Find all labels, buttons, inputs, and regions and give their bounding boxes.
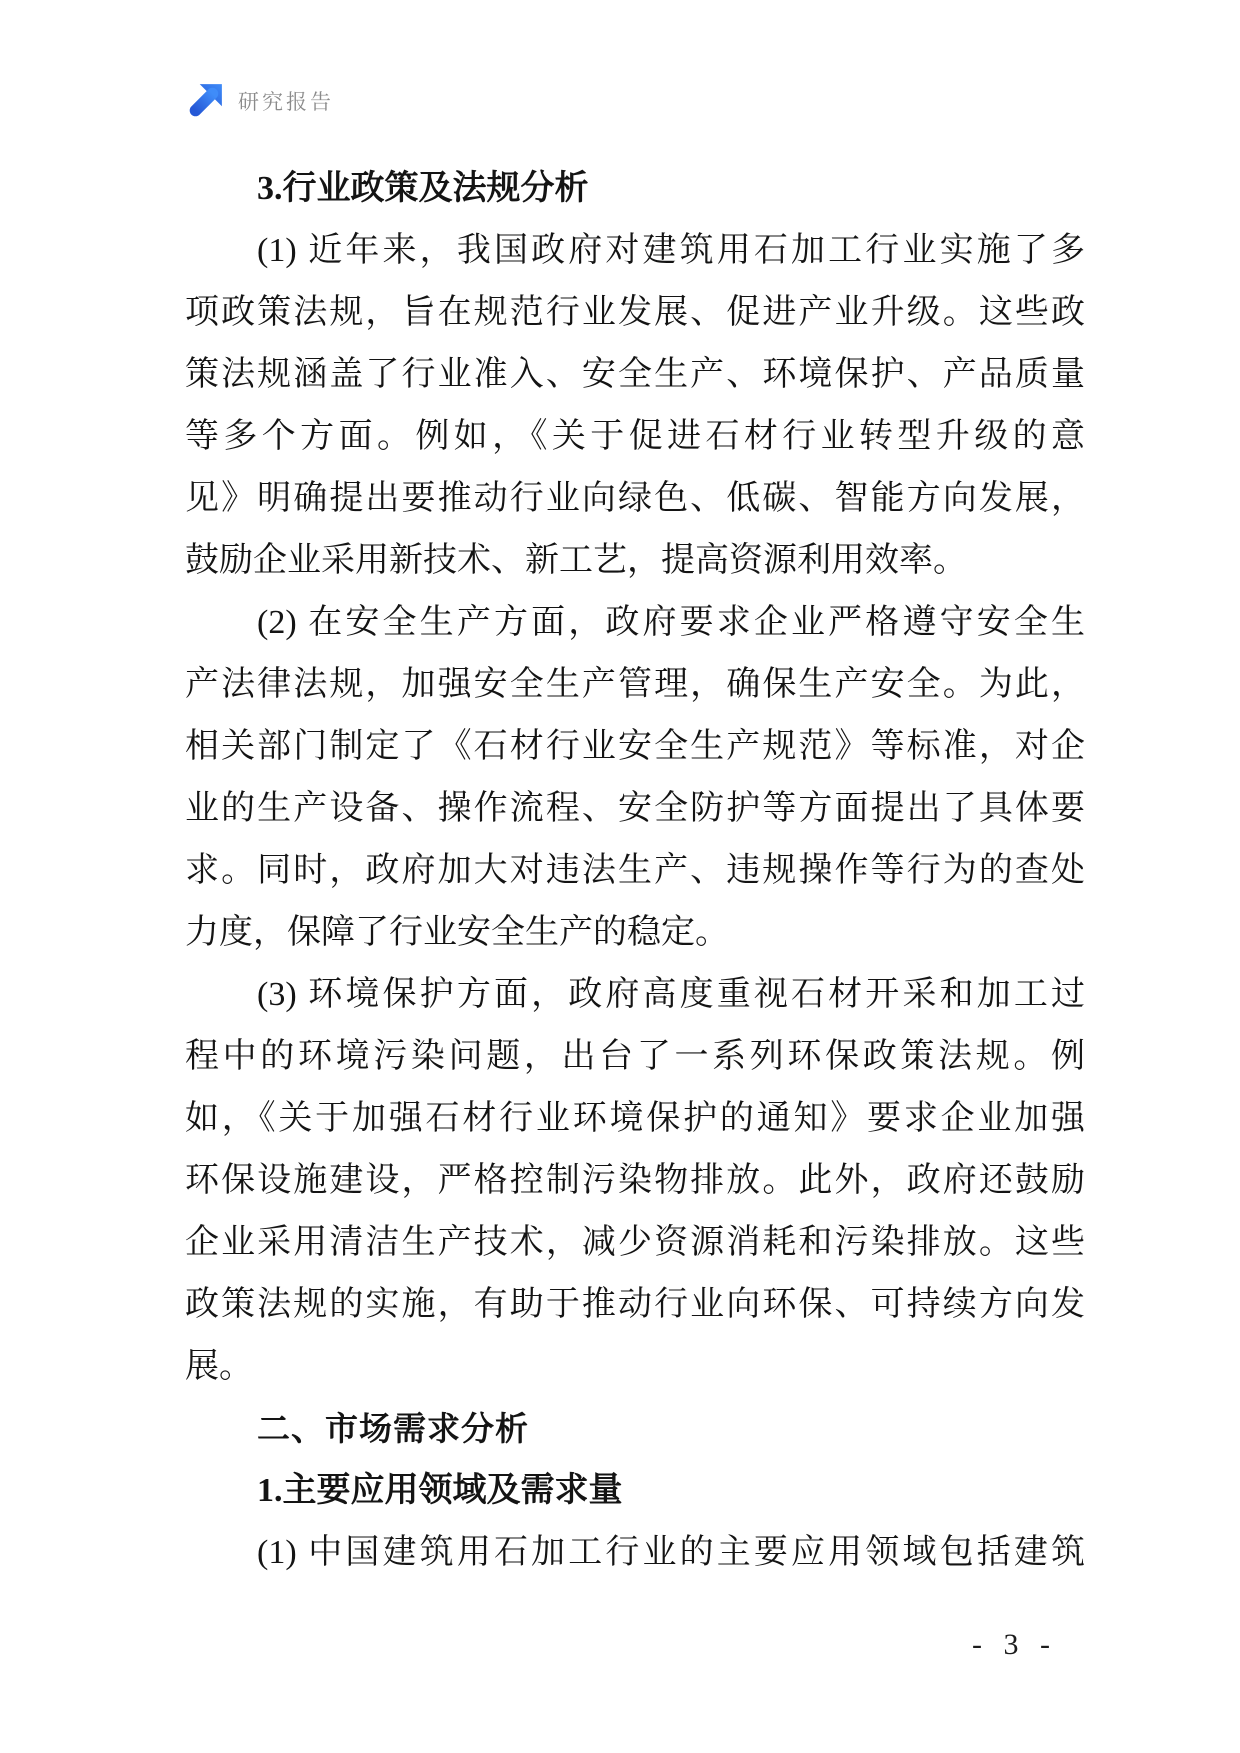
section-heading: 3.行业政策及法规分析 [185,158,1085,220]
text-line: 等多个方面。例如，《关于促进石材行业转型升级的意 [185,406,1085,468]
text-line: 程中的环境污染问题，出台了一系列环保政策法规。例 [185,1026,1085,1088]
text-line: 环保设施建设，严格控制污染物排放。此外，政府还鼓励 [185,1150,1085,1212]
text-line: 相关部门制定了《石材行业安全生产规范》等标准，对企 [185,716,1085,778]
text-line: (1) 近年来，我国政府对建筑用石加工行业实施了多 [185,220,1085,282]
page-number: - 3 - [972,1628,1054,1662]
text-line: 产法律法规，加强安全生产管理，确保生产安全。为此， [185,654,1085,716]
text-line: 展。 [185,1336,1085,1398]
text-line: (3) 环境保护方面，政府高度重视石材开采和加工过 [185,964,1085,1026]
text-line: 鼓励企业采用新技术、新工艺，提高资源利用效率。 [185,530,1085,592]
document-body: 3.行业政策及法规分析(1) 近年来，我国政府对建筑用石加工行业实施了多项政策法… [185,158,1085,1584]
brand-text: 研究报告 [238,86,334,116]
report-brand: 研究报告 [185,82,334,120]
text-line: 项政策法规，旨在规范行业发展、促进产业升级。这些政 [185,282,1085,344]
text-line: (2) 在安全生产方面，政府要求企业严格遵守安全生 [185,592,1085,654]
section-heading: 二、市场需求分析 [185,1398,1085,1460]
text-line: (1) 中国建筑用石加工行业的主要应用领域包括建筑 [185,1522,1085,1584]
text-line: 力度，保障了行业安全生产的稳定。 [185,902,1085,964]
text-line: 求。同时，政府加大对违法生产、违规操作等行为的查处 [185,840,1085,902]
report-page: 研究报告 3.行业政策及法规分析(1) 近年来，我国政府对建筑用石加工行业实施了… [0,0,1240,1753]
arrow-up-right-icon [185,82,225,120]
text-line: 政策法规的实施，有助于推动行业向环保、可持续方向发 [185,1274,1085,1336]
section-heading: 1.主要应用领域及需求量 [185,1460,1085,1522]
text-line: 企业采用清洁生产技术，减少资源消耗和污染排放。这些 [185,1212,1085,1274]
text-line: 业的生产设备、操作流程、安全防护等方面提出了具体要 [185,778,1085,840]
text-line: 见》明确提出要推动行业向绿色、低碳、智能方向发展， [185,468,1085,530]
text-line: 如，《关于加强石材行业环境保护的通知》要求企业加强 [185,1088,1085,1150]
text-line: 策法规涵盖了行业准入、安全生产、环境保护、产品质量 [185,344,1085,406]
